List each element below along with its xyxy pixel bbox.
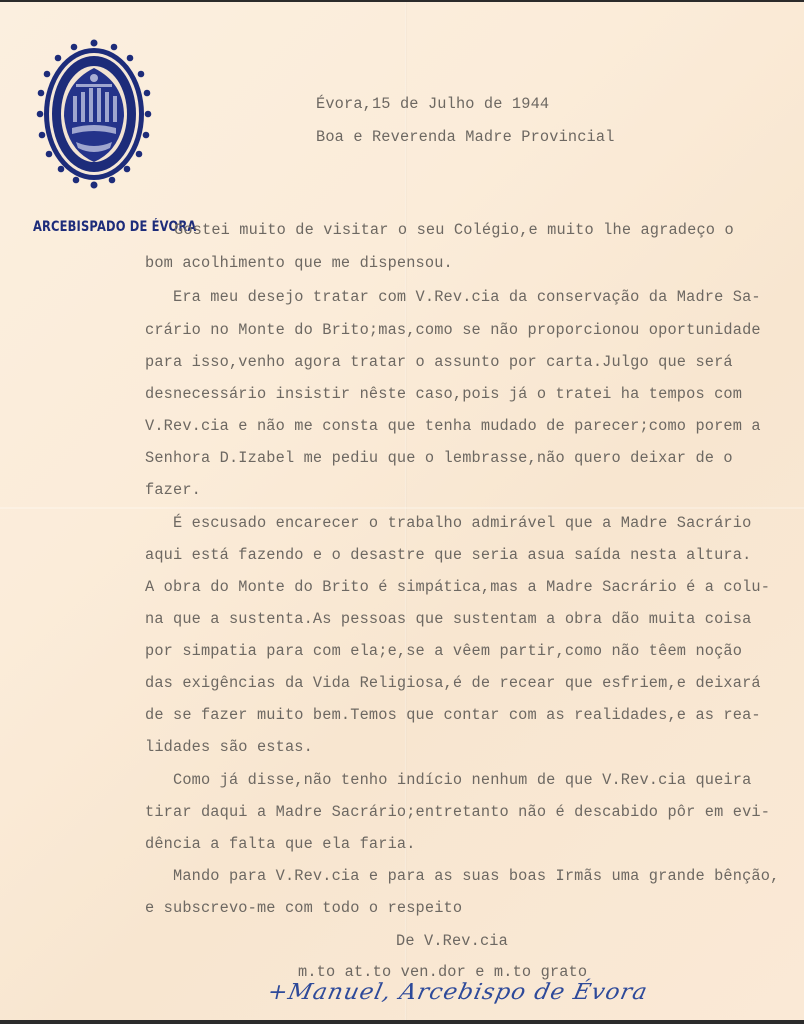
letter-page: Arcebispado de Évora Évora,15 de Julho d… bbox=[0, 2, 804, 1020]
body-line: Era meu desejo tratar com V.Rev.cia da c… bbox=[145, 287, 761, 307]
body-line: na que a sustenta.As pessoas que sustent… bbox=[145, 609, 751, 629]
coat-of-arms-seal-icon bbox=[36, 38, 152, 190]
body-line: É escusado encarecer o trabalho admiráve… bbox=[145, 513, 751, 533]
salutation: Boa e Reverenda Madre Provincial bbox=[316, 127, 615, 147]
viewer-bottom-edge bbox=[0, 1020, 804, 1024]
body-line: A obra do Monte do Brito é simpática,mas… bbox=[145, 577, 770, 597]
body-line: bom acolhimento que me dispensou. bbox=[145, 253, 453, 273]
handwritten-signature: +Manuel, Arcebispo de Évora bbox=[265, 980, 650, 1005]
body-line: de se fazer muito bem.Temos que contar c… bbox=[145, 705, 761, 725]
body-line: aqui está fazendo e o desastre que seria… bbox=[145, 545, 751, 565]
body-line: Gostei muito de visitar o seu Colégio,e … bbox=[174, 220, 734, 240]
body-line: fazer. bbox=[145, 480, 201, 500]
body-line: das exigências da Vida Religiosa,é de re… bbox=[145, 673, 761, 693]
body-line: V.Rev.cia e não me consta que tenha muda… bbox=[145, 416, 761, 436]
body-line: para isso,venho agora tratar o assunto p… bbox=[145, 352, 733, 372]
body-line: desnecessário insistir nêste caso,pois j… bbox=[145, 384, 742, 404]
place-date: Évora,15 de Julho de 1944 bbox=[316, 94, 549, 114]
body-line: e subscrevo-me com todo o respeito bbox=[145, 898, 462, 918]
body-line: tirar daqui a Madre Sacrário;entretanto … bbox=[145, 802, 770, 822]
institution-letterhead: Arcebispado de Évora bbox=[33, 218, 196, 236]
body-line: por simpatia para com ela;e,se a vêem pa… bbox=[145, 641, 742, 661]
body-line: crário no Monte do Brito;mas,como se não… bbox=[145, 320, 761, 340]
body-line: Mando para V.Rev.cia e para as suas boas… bbox=[145, 866, 779, 886]
body-line: Como já disse,não tenho indício nenhum d… bbox=[145, 770, 751, 790]
closing-line-1: De V.Rev.cia bbox=[396, 931, 508, 951]
body-line: Senhora D.Izabel me pediu que o lembrass… bbox=[145, 448, 733, 468]
body-line: dência a falta que ela faria. bbox=[145, 834, 416, 854]
paper-fold-horizontal bbox=[0, 507, 804, 509]
closing-line-2: m.to at.to ven.dor e m.to grato bbox=[298, 962, 587, 982]
body-line: lidades são estas. bbox=[145, 737, 313, 757]
